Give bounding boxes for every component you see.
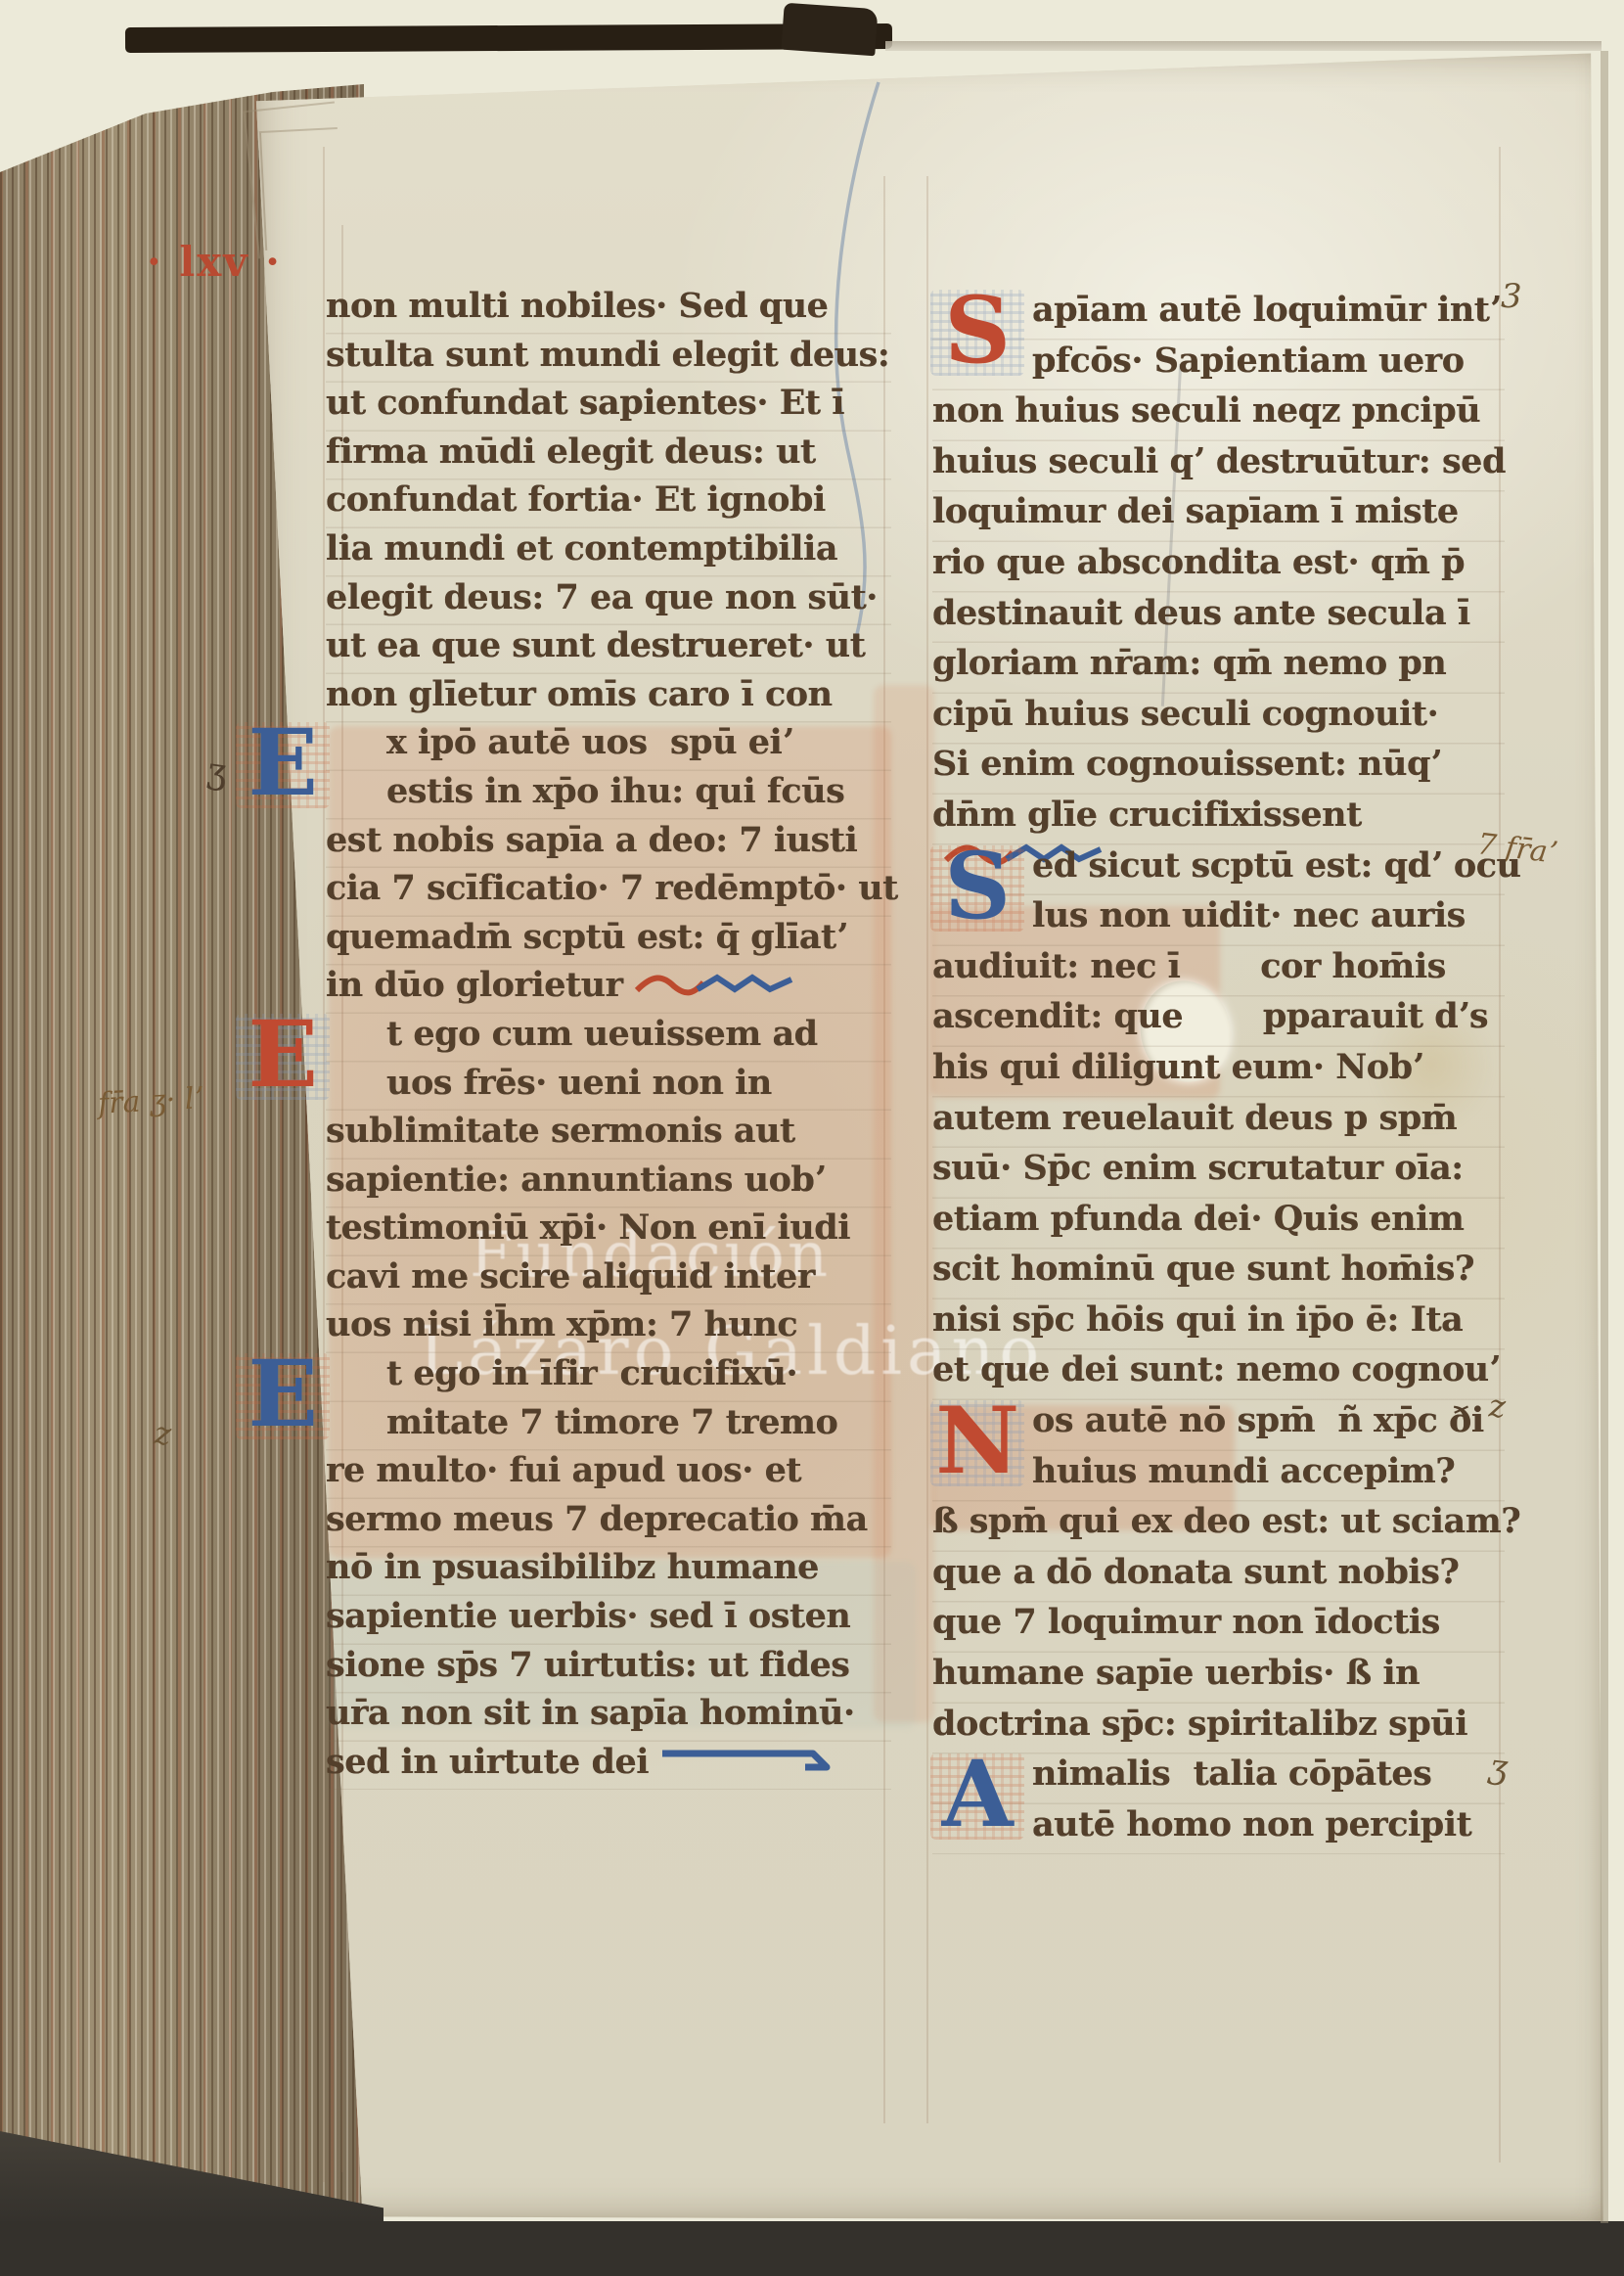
page-top-edge — [885, 41, 1601, 51]
manuscript-line: cia 7 scīficatio· 7 redēmptō· ut — [326, 868, 891, 917]
manuscript-line: ut ea que sunt destrueret· ut — [326, 625, 891, 674]
line-text: cipū huius seculi cognouit· — [932, 694, 1438, 734]
line-text: ut confundat sapientes· Et ī — [326, 383, 844, 423]
manuscript-line: quemadm̄ scptū est: q̄ glīatʼ — [326, 917, 891, 966]
line-text: uos frēs· ueni non in — [386, 1063, 772, 1103]
line-text: autem reuelauit deus p spm̄ — [932, 1098, 1457, 1138]
line-text: in dūo glorietur — [326, 965, 623, 1005]
manuscript-line: Nos autē nō spm̄ ñ xp̄c ði — [932, 1400, 1505, 1451]
manuscript-line: lia mundi et contemptibilia — [326, 528, 891, 577]
manuscript-line: sapientie: annuntians uobʼ — [326, 1160, 891, 1208]
manuscript-line: doctrina sp̄c: spiritalibz spūi — [932, 1704, 1505, 1754]
manuscript-line: non huius seculi neqz pncipū — [932, 390, 1505, 441]
line-text: scit hominū que sunt hom̄is? — [932, 1249, 1474, 1289]
line-text: lia mundi et contemptibilia — [326, 528, 837, 569]
line-text: t ego cum ueuissem ad — [386, 1014, 818, 1054]
manuscript-line: testimoniū xp̄i· Non enī iudi — [326, 1207, 891, 1256]
line-text: elegit deus: 7 ea que non sūt· — [326, 577, 878, 617]
manuscript-line: etiam pfunda dei· Quis enim — [932, 1199, 1505, 1250]
manuscript-line: destinauit deus ante secula ī — [932, 593, 1505, 644]
manuscript-line: ß spm̄ qui ex deo est: ut sciam? — [932, 1501, 1505, 1552]
manuscript-line: uos nisi ih̄m xp̄m: 7 hunc — [326, 1304, 891, 1353]
line-text: apīam autē loquimūr intʼ — [1032, 290, 1501, 330]
line-text: re multo· fui apud uos· et — [326, 1450, 801, 1490]
line-text: non huius seculi neqz pncipū — [932, 390, 1480, 431]
manuscript-photo: · lxv · ʒ fr̄a ʒ· lʼ z 3 7 fr̄aʼ z ʒ Fun… — [0, 0, 1624, 2276]
line-text: sermo meus 7 deprecatio m̄a — [326, 1499, 868, 1539]
manuscript-line: elegit deus: 7 ea que non sūt· — [326, 577, 891, 626]
line-text: gloriam nr̄am: qm̄ nemo pn — [932, 643, 1446, 683]
manuscript-line: autem reuelauit deus p spm̄ — [932, 1098, 1505, 1149]
line-text: mitate 7 timore 7 tremo — [386, 1402, 837, 1442]
line-text: his qui diligunt eum· Nobʼ — [932, 1047, 1423, 1087]
manuscript-line: Sapīam autē loquimūr intʼ — [932, 290, 1505, 341]
line-text: nisi sp̄c hōis qui in ip̄o ē: Ita — [932, 1299, 1463, 1340]
manuscript-line: Animalis talia cōpātes — [932, 1753, 1505, 1804]
manuscript-line: humane sapīe uerbis· ß in — [932, 1653, 1505, 1704]
illuminated-initial: E — [232, 1010, 334, 1104]
manuscript-line: nisi sp̄c hōis qui in ip̄o ē: Ita — [932, 1299, 1505, 1350]
manuscript-line: non glīetur omīs caro ī con — [326, 674, 891, 723]
line-text: destinauit deus ante secula ī — [932, 593, 1470, 633]
line-text: quemadm̄ scptū est: q̄ glīatʼ — [326, 917, 847, 957]
line-text: testimoniū xp̄i· Non enī iudi — [326, 1207, 850, 1248]
line-text: ed sicut scptū est: qdʼ ocu — [1032, 845, 1521, 886]
manuscript-line: confundat fortia· Et ignobi — [326, 479, 891, 528]
manuscript-line: firma mūdi elegit deus: ut — [326, 432, 891, 480]
manuscript-line: suū· Sp̄c enim scrutatur oīa: — [932, 1148, 1505, 1199]
line-text: ut ea que sunt destrueret· ut — [326, 625, 865, 665]
manuscript-line: Ex ipō autē uos spū eiʼ — [326, 722, 891, 771]
line-text: os autē nō spm̄ ñ xp̄c ði — [1032, 1400, 1484, 1440]
illuminated-initial: N — [926, 1396, 1028, 1490]
line-filler-ornament — [658, 1742, 844, 1782]
manuscript-line: Et ego in īfir crucifixū· — [326, 1353, 891, 1402]
line-text: ß spm̄ qui ex deo est: ut sciam? — [932, 1501, 1520, 1541]
line-text: etiam pfunda dei· Quis enim — [932, 1199, 1464, 1239]
manuscript-line: huius seculi qʼ destruūtur: sed — [932, 441, 1505, 492]
line-text: loquimur dei sapīam ī miste — [932, 491, 1459, 531]
line-text: uos nisi ih̄m xp̄m: 7 hunc — [326, 1304, 797, 1344]
manuscript-line: non multi nobiles· Sed que — [326, 286, 891, 335]
illuminated-initial: E — [232, 718, 334, 812]
line-text: sapientie: annuntians uobʼ — [326, 1160, 826, 1200]
bottom-shadow-band — [0, 2221, 1624, 2276]
line-text: huius mundi accepim? — [1032, 1451, 1455, 1491]
manuscript-line: Et ego cum ueuissem ad — [326, 1014, 891, 1063]
manuscript-line: audiuit: nec ī cor hom̄is — [932, 946, 1505, 997]
text-column-right: Sapīam autē loquimūr intʼpfcōs· Sapienti… — [932, 290, 1505, 1854]
line-text: t ego in īfir crucifixū· — [386, 1353, 797, 1393]
manuscript-line: his qui diligunt eum· Nobʼ — [932, 1047, 1505, 1098]
manuscript-line: Si enim cognouissent: nūqʼ — [932, 744, 1505, 795]
line-text: sublimitate sermonis aut — [326, 1111, 795, 1151]
illuminated-initial: A — [926, 1750, 1028, 1844]
manuscript-line: sublimitate sermonis aut — [326, 1111, 891, 1160]
line-text: dn̄m glīe crucifixissent — [932, 795, 1362, 835]
line-text: et que dei sunt: nemo cognouʼ — [932, 1349, 1500, 1389]
line-text: audiuit: nec ī cor hom̄is — [932, 946, 1446, 986]
manuscript-line: in dūo glorietur — [326, 965, 891, 1014]
line-text: que 7 loquimur non īdoctis — [932, 1602, 1440, 1642]
line-text: humane sapīe uerbis· ß in — [932, 1653, 1420, 1693]
manuscript-line: rio que abscondita est· qm̄ p̄ — [932, 542, 1505, 593]
manuscript-line: que 7 loquimur non īdoctis — [932, 1602, 1505, 1653]
line-text: Si enim cognouissent: nūqʼ — [932, 744, 1442, 784]
line-text: ascendit: que pparauit dʼs — [932, 996, 1488, 1036]
line-text: sed in uirtute dei — [326, 1742, 649, 1782]
line-text: suū· Sp̄c enim scrutatur oīa: — [932, 1148, 1464, 1188]
line-text: rio que abscondita est· qm̄ p̄ — [932, 542, 1465, 582]
manuscript-line: gloriam nr̄am: qm̄ nemo pn — [932, 643, 1505, 694]
line-text: x ipō autē uos spū eiʼ — [386, 722, 793, 762]
line-text: non multi nobiles· Sed que — [326, 286, 828, 326]
page-right-edge — [1601, 51, 1608, 2223]
underleaf-corner-line — [259, 127, 343, 250]
line-text: cavi me scire aliquid inter — [326, 1256, 815, 1297]
line-text: estis in xp̄o ihu: qui fcūs — [386, 771, 844, 811]
line-text: pfcōs· Sapientiam uero — [1032, 341, 1465, 381]
folio-number: · lxv · — [147, 238, 282, 286]
manuscript-line: cavi me scire aliquid inter — [326, 1256, 891, 1305]
line-text: sapientie uerbis· sed ī osten — [326, 1596, 850, 1636]
manuscript-line: loquimur dei sapīam ī miste — [932, 491, 1505, 542]
ruling-line-vertical — [323, 147, 325, 2182]
illuminated-initial: S — [926, 286, 1028, 380]
manuscript-line: cipū huius seculi cognouit· — [932, 694, 1505, 745]
manuscript-line: nō in psuasibilibz humane — [326, 1547, 891, 1596]
line-text: non glīetur omīs caro ī con — [326, 674, 833, 714]
manuscript-line: Sed sicut scptū est: qdʼ ocu — [932, 845, 1505, 896]
manuscript-line: uos frēs· ueni non in — [326, 1063, 891, 1112]
manuscript-line: ascendit: que pparauit dʼs — [932, 996, 1505, 1047]
feria-note-left: fr̄a ʒ· lʼ — [97, 1081, 204, 1121]
line-text: sione sp̄s 7 uirtutis: ut fides — [326, 1645, 850, 1685]
manuscript-line: re multo· fui apud uos· et — [326, 1450, 891, 1499]
manuscript-line: que a dō donata sunt nobis? — [932, 1552, 1505, 1603]
line-text: autē homo non percipit — [1032, 1804, 1471, 1844]
line-text: lus non uidit· nec auris — [1032, 895, 1466, 935]
line-text: ur̄a non sit in sapīa hominū· — [326, 1693, 855, 1733]
manuscript-line: stulta sunt mundi elegit deus: — [326, 335, 891, 384]
line-text: doctrina sp̄c: spiritalibz spūi — [932, 1704, 1467, 1744]
binding-band — [125, 23, 892, 53]
line-text: stulta sunt mundi elegit deus: — [326, 335, 889, 375]
manuscript-line: dn̄m glīe crucifixissent — [932, 795, 1505, 845]
line-text: que a dō donata sunt nobis? — [932, 1552, 1459, 1592]
text-column-left: non multi nobiles· Sed questulta sunt mu… — [326, 286, 891, 1790]
manuscript-line: sapientie uerbis· sed ī osten — [326, 1596, 891, 1645]
line-text: cia 7 scīficatio· 7 redēmptō· ut — [326, 868, 898, 908]
line-text: est nobis sapīa a deo: 7 iusti — [326, 820, 857, 860]
line-text: nimalis talia cōpātes — [1032, 1753, 1431, 1794]
manuscript-line: sed in uirtute dei — [326, 1742, 891, 1791]
manuscript-line: estis in xp̄o ihu: qui fcūs — [326, 771, 891, 820]
manuscript-line: scit hominū que sunt hom̄is? — [932, 1249, 1505, 1299]
manuscript-line: ur̄a non sit in sapīa hominū· — [326, 1693, 891, 1742]
line-text: confundat fortia· Et ignobi — [326, 479, 826, 520]
manuscript-line: sermo meus 7 deprecatio m̄a — [326, 1499, 891, 1548]
line-text: huius seculi qʼ destruūtur: sed — [932, 441, 1506, 481]
line-text: firma mūdi elegit deus: ut — [326, 432, 816, 472]
endband-tab — [781, 3, 878, 57]
illuminated-initial: E — [232, 1349, 334, 1443]
line-filler-ornament — [633, 965, 799, 1005]
manuscript-line: est nobis sapīa a deo: 7 iusti — [326, 820, 891, 869]
manuscript-line: sione sp̄s 7 uirtutis: ut fides — [326, 1645, 891, 1694]
manuscript-line: ut confundat sapientes· Et ī — [326, 383, 891, 432]
manuscript-line: mitate 7 timore 7 tremo — [326, 1402, 891, 1451]
line-text: nō in psuasibilibz humane — [326, 1547, 819, 1587]
illuminated-initial: S — [926, 842, 1028, 935]
